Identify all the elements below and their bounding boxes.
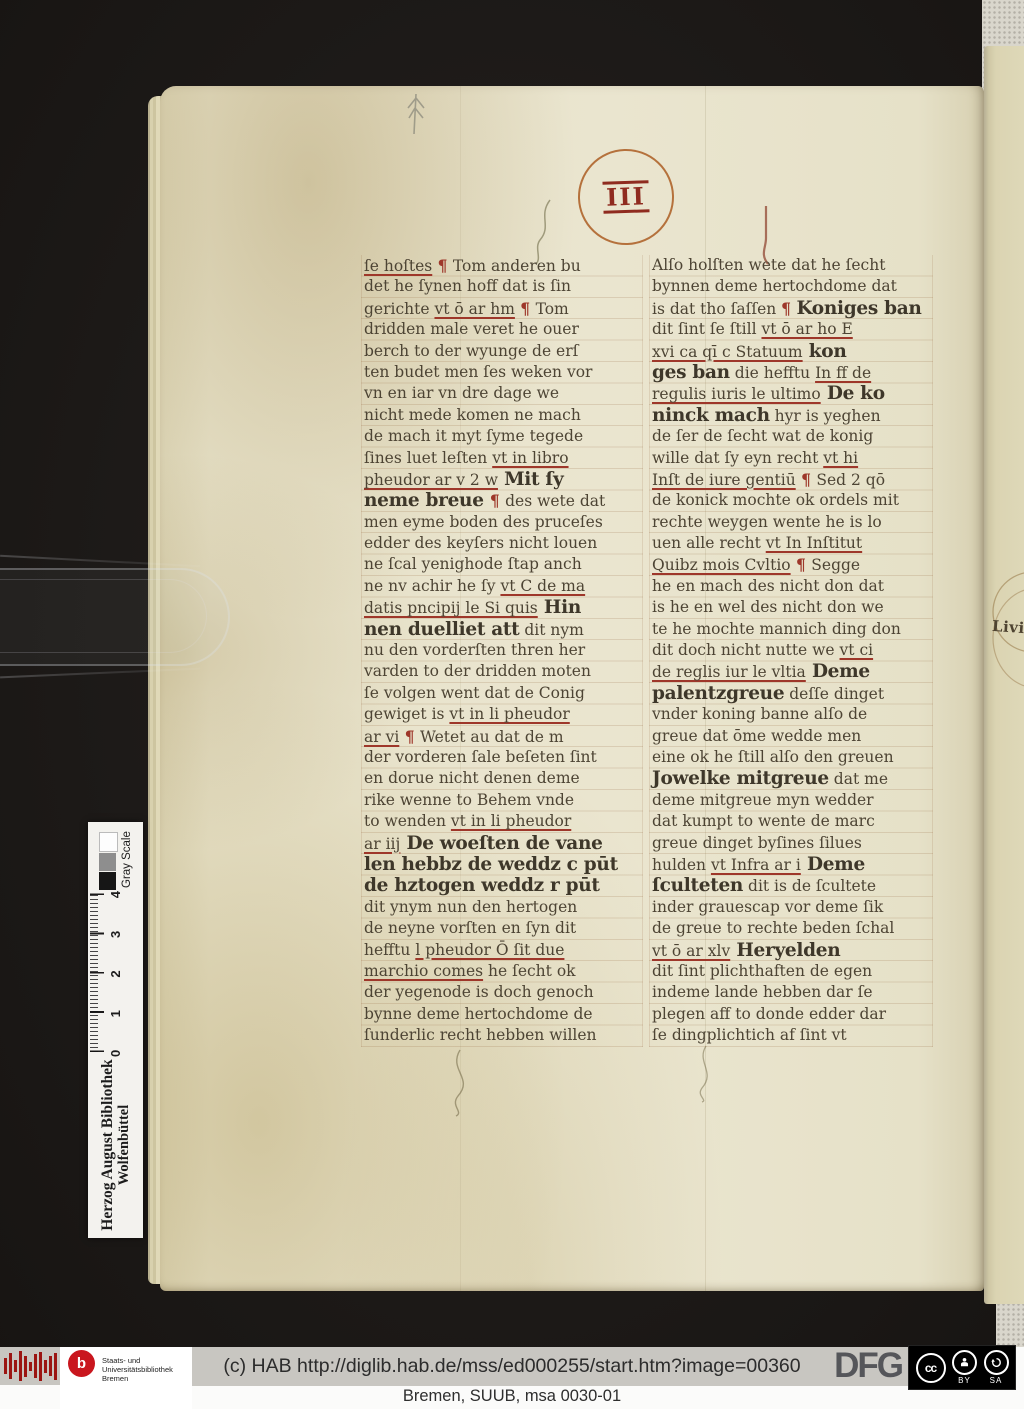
library-name-line1: Herzog August Bibliothek <box>99 1059 116 1230</box>
manuscript-line: is dat tho ſaſſen ¶ Koniges ban <box>650 298 932 319</box>
manuscript-line: berch to der wyunge de erſ <box>362 341 642 362</box>
grayscale-swatch-gray <box>99 853 116 871</box>
cc-icon: cc <box>916 1353 946 1383</box>
manuscript-line: te he mochte mannich ding don <box>650 619 932 640</box>
manuscript-line: eine ok he ſtill alſo den greuen <box>650 747 932 768</box>
manuscript-line: ſe volgen went dat de Conig <box>362 683 642 704</box>
manuscript-line: ſunderlic recht hebben willen <box>362 1025 642 1046</box>
cc-by-item: BY <box>952 1350 977 1385</box>
plant-fragment <box>402 92 430 136</box>
manuscript-line: vn en iar vn dre dage we <box>362 383 642 404</box>
facing-page-annotation: Livi <box>987 570 1023 690</box>
manuscript-line: Jowelke mitgreue dat me <box>650 768 932 789</box>
bremen-name-line: Universitätsbibliothek <box>102 1365 173 1374</box>
ruler-number: 0 <box>108 1050 123 1057</box>
manuscript-line: nicht mede komen ne mach <box>362 405 642 426</box>
folio-number-circle: III <box>576 147 675 246</box>
manuscript-line: de hztogen weddz r pūt <box>362 875 642 896</box>
bremen-name-line: Bremen <box>102 1374 173 1383</box>
manuscript-line: vnder koning banne alſo de <box>650 704 932 725</box>
cc-by-label: BY <box>958 1376 971 1385</box>
manuscript-line: bynnen deme hertochdome dat <box>650 276 932 297</box>
manuscript-line: greue dat ōme wedde men <box>650 726 932 747</box>
manuscript-line: rike wenne to Behem vnde <box>362 790 642 811</box>
manuscript-line: dit ſint ſe ſtill vt ō ar ho E <box>650 319 932 340</box>
manuscript-line: de greue to rechte beden ſchal <box>650 918 932 939</box>
manuscript-line: gewiget is vt in li pheudor <box>362 704 642 725</box>
manuscript-line: hulden vt Infra ar i Deme <box>650 854 932 875</box>
manuscript-line: regulis iuris le ultimo De ko <box>650 383 932 404</box>
ruler-number: 3 <box>108 931 123 938</box>
gray-scale-patch: Gray Scale <box>88 822 143 892</box>
manuscript-line: ſines luet leſten vt in libro <box>362 448 642 469</box>
copyright-strip: (c) HAB http://diglib.hab.de/mss/ed00025… <box>192 1347 908 1386</box>
manuscript-line: neme breue ¶ des wete dat <box>362 490 642 511</box>
manuscript-line: indeme lande hebben dar ſe <box>650 982 932 1003</box>
manuscript-line: ſculteten dit is de ſcultete <box>650 875 932 896</box>
manuscript-line: gerichte vt ō ar hm ¶ Tom <box>362 298 642 319</box>
manuscript-line: det he ſynen hoff dat is ſin <box>362 276 642 297</box>
manuscript-line: de konick mochte ok ordels mit <box>650 490 932 511</box>
facing-folio-mark: Livi <box>991 617 1024 637</box>
manuscript-line: en dorue nicht denen deme <box>362 768 642 789</box>
manuscript-line: marchio comes he ſecht ok <box>362 961 642 982</box>
manuscript-line: greue dinget byſines ſilues <box>650 833 932 854</box>
manuscript-line: Inſt de iure gentiū ¶ Sed 2 qō <box>650 469 932 490</box>
cm-ruler: 01234 <box>88 892 143 1052</box>
cc-sa-item: SA <box>984 1350 1009 1385</box>
manuscript-line: he en mach des nicht don dat <box>650 576 932 597</box>
cc-sa-arrow-icon <box>984 1350 1009 1375</box>
manuscript-line: men eyme boden des pruceſes <box>362 512 642 533</box>
manuscript-line: len hebbz de weddz c pūt <box>362 854 642 875</box>
manuscript-line: plegen aff to donde edder dar <box>650 1004 932 1025</box>
manuscript-line: palentzgreue deſſe dinget <box>650 683 932 704</box>
dfg-logo: DFG <box>834 1345 902 1384</box>
grayscale-swatch-black <box>99 872 116 890</box>
manuscript-line: nu den vorderſten thren her <box>362 640 642 661</box>
manuscript-line: de ſer de ſecht wat de konig <box>650 426 932 447</box>
manuscript-line: ges ban die hefftu In ff de <box>650 362 932 383</box>
manuscript-line: ſe dingplichtich af ſint vt <box>650 1025 932 1046</box>
ruler-major-ticks <box>90 892 104 1052</box>
creative-commons-badge: cc BY SA <box>908 1345 1016 1390</box>
manuscript-line: bynne deme hertochdome de <box>362 1004 642 1025</box>
ruler-numbers: 01234 <box>108 891 123 1057</box>
shelfmark-text: Bremen, SUUB, msa 0030-01 <box>0 1387 1024 1406</box>
manuscript-line: dit ſint plichthaften de egen <box>650 961 932 982</box>
manuscript-line: rechte weygen wente he is lo <box>650 512 932 533</box>
manuscript-line: uen alle recht vt In Inſtitut <box>650 533 932 554</box>
manuscript-line: Quibz mois Cvltio ¶ Segge <box>650 554 932 575</box>
manuscript-line: dit ynym nun den hertogen <box>362 897 642 918</box>
suub-barcode-logo <box>0 1347 60 1385</box>
library-name-line2: Wolfenbüttel <box>116 1105 132 1186</box>
manuscript-line: inder grauescap vor deme ſik <box>650 897 932 918</box>
manuscript-line: hefftu l pheudor Ō ſit due <box>362 940 642 961</box>
facing-page-edge: Livi <box>984 46 1024 1304</box>
manuscript-left-column: ſe hoſtes ¶ Tom anderen budet he ſynen h… <box>361 255 643 1047</box>
folio-number: III <box>603 180 650 214</box>
color-reference-strip: Herzog August Bibliothek Wolfenbüttel 01… <box>88 822 143 1238</box>
manuscript-line: pheudor ar v 2 w Mit ſy <box>362 469 642 490</box>
copyright-url-text: (c) HAB http://diglib.hab.de/mss/ed00025… <box>192 1347 832 1386</box>
scanned-manuscript-viewer: Livi III ſe hoſtes ¶ Tom anderen budet h… <box>0 0 1024 1409</box>
manuscript-line: ar iij De woeſten de vane <box>362 833 642 854</box>
manuscript-line: is he en wel des nicht don we <box>650 597 932 618</box>
manuscript-line: ſe hoſtes ¶ Tom anderen bu <box>362 255 642 276</box>
manuscript-line: dridden male veret he ouer <box>362 319 642 340</box>
manuscript-line: to wenden vt in li pheudor <box>362 811 642 832</box>
cc-sa-label: SA <box>990 1376 1003 1385</box>
bremen-b-logo: b <box>68 1350 95 1377</box>
gray-scale-label: Gray Scale <box>121 822 133 888</box>
manuscript-line: dat kumpt to wente de marc <box>650 811 932 832</box>
manuscript-line: ne ſcal yenighode ſtap anch <box>362 554 642 575</box>
manuscript-line: der yegenode is doch genoch <box>362 982 642 1003</box>
manuscript-line: dit doch nicht nutte we vt ci <box>650 640 932 661</box>
ruler-number: 4 <box>108 891 123 898</box>
manuscript-line: de reglis iur le vltia Deme <box>650 661 932 682</box>
manuscript-line: ten budet men ſes weken vor <box>362 362 642 383</box>
manuscript-line: de mach it myt ſyme tegede <box>362 426 642 447</box>
manuscript-line: ne nv achir he ſy vt C de ma <box>362 576 642 597</box>
manuscript-line: de neyne vorſten en ſyn dit <box>362 918 642 939</box>
glass-page-clamp-inner <box>0 579 207 653</box>
manuscript-page: III ſe hoſtes ¶ Tom anderen budet he ſyn… <box>160 86 984 1291</box>
ruler-number: 2 <box>108 970 123 977</box>
bremen-library-name: Staats- undUniversitätsbibliothekBremen <box>102 1356 173 1383</box>
footer-credit-bar: b Staats- undUniversitätsbibliothekBreme… <box>0 1347 1024 1409</box>
manuscript-line: nen duelliet att dit nym <box>362 619 642 640</box>
manuscript-line: der vorderen ſale beſeten ſint <box>362 747 642 768</box>
ruler-number: 1 <box>108 1010 123 1017</box>
manuscript-line: varden to der dridden moten <box>362 661 642 682</box>
grayscale-swatch-white <box>99 832 118 852</box>
manuscript-line: vt ō ar xlv Heryelden <box>650 940 932 961</box>
manuscript-line: wille dat ſy eyn recht vt hi <box>650 448 932 469</box>
library-name-label: Herzog August Bibliothek Wolfenbüttel <box>88 1052 143 1238</box>
manuscript-line: xvi ca qī c Statuum kon <box>650 341 932 362</box>
manuscript-right-column: Alſo holſten wete dat he ſechtbynnen dem… <box>649 255 933 1047</box>
bremen-name-line: Staats- und <box>102 1356 173 1365</box>
manuscript-line: edder des keyſers nicht louen <box>362 533 642 554</box>
manuscript-line: ar vi ¶ Wetet au dat de m <box>362 726 642 747</box>
manuscript-line: ninck mach hyr is yeghen <box>650 405 932 426</box>
manuscript-line: Alſo holſten wete dat he ſecht <box>650 255 932 276</box>
cc-by-person-icon <box>952 1350 977 1375</box>
manuscript-line: datis pncipij le Si quis Hin <box>362 597 642 618</box>
manuscript-line: deme mitgreue myn wedder <box>650 790 932 811</box>
